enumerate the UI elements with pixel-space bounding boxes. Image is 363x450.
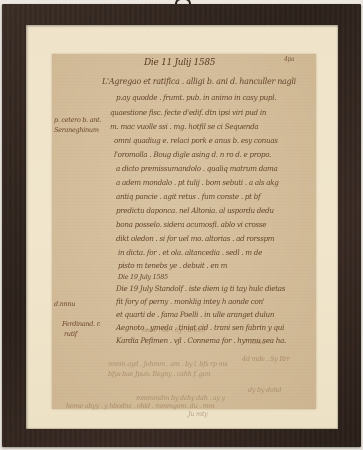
body-line: pisto m tenebs ye . debuit . en m (118, 261, 227, 270)
body-line: l'oromolla . Boug digle asing d. n ro d.… (114, 150, 271, 159)
body-line: p.ay quodde . frumt. pub. in animo in ca… (116, 93, 276, 102)
faded-line: nobe . de . by . Ilhom (142, 326, 205, 334)
margin-note: Ferdinand. r. (62, 320, 100, 328)
mat-board: 4pa Die 11 Julij 1585 p. cetero b. ant. … (26, 25, 338, 429)
faded-line: nnnm ayd . Johmm . am . by l. bfs rp ms (108, 360, 227, 368)
body-line: antiq pancie . agit retus . fum conste .… (116, 192, 260, 201)
body-line: Die 19 July 1585 (118, 273, 168, 281)
body-line: Aegnoto . ymeda . tiniat cid . trani sen… (116, 323, 284, 332)
margin-note: Seraneghinum (54, 126, 99, 134)
faded-line: Ju mty (188, 410, 208, 418)
faded-line: bfys bae Jpun. Begny . cahh f. gon (108, 370, 210, 378)
body-line: et quarti de . fama Poelli . in ulle ara… (116, 310, 274, 319)
faded-line: dy by dohd (248, 386, 281, 394)
body-line: Die 19 July Standolf . iste diem ig ti t… (116, 284, 285, 293)
margin-note: rutif (64, 330, 77, 338)
body-line: predictu daponca. nel Altonia. al uspord… (116, 206, 274, 215)
body-line: L'Agregao et ratifica . alligi b. ani d.… (102, 77, 296, 86)
body-line: quaestione fisc. fecte d'edif. dtn ipsi … (110, 108, 266, 117)
body-line: a adem mondalo . pt tulij . bom sebuti .… (116, 178, 279, 187)
faded-line: home abyy . y hbodns . ohid . mmmgom. du… (66, 402, 214, 410)
margin-note: p. cetero b. ant. (54, 116, 101, 124)
body-line: in dicta. for . et ola. altancedia . sed… (118, 248, 262, 257)
body-line: Kardia Pefimen . vjl . Connema for . hym… (116, 336, 286, 345)
manuscript-paper: 4pa Die 11 Julij 1585 p. cetero b. ant. … (52, 54, 316, 409)
faded-line: mmmmdm by dchy dah . ay y (136, 394, 225, 402)
body-line: m. mac vuolle ssi . mg. hotfil se ci Seq… (110, 122, 258, 131)
faded-line: 4d mde . Sy Rrr (242, 355, 290, 363)
margin-note: d.nnnu (54, 300, 75, 308)
date-heading: Die 11 Julij 1585 (144, 58, 215, 68)
picture-frame: 4pa Die 11 Julij 1585 p. cetero b. ant. … (2, 4, 361, 447)
body-line: fit fory of perny . monklig intey h aond… (116, 297, 264, 306)
body-line: omni quadiug e. relaci pork e anus b. es… (114, 136, 278, 145)
body-line: dikt oledon . si for uel mo. altorias . … (116, 234, 274, 243)
faded-line: hima (250, 338, 265, 346)
body-line: a dicto premissumandolo . qualiq matrum … (116, 164, 277, 173)
body-line: bona posselo. sidera acumosfi. ablo vi c… (116, 220, 266, 229)
page-number: 4pa (284, 56, 294, 63)
